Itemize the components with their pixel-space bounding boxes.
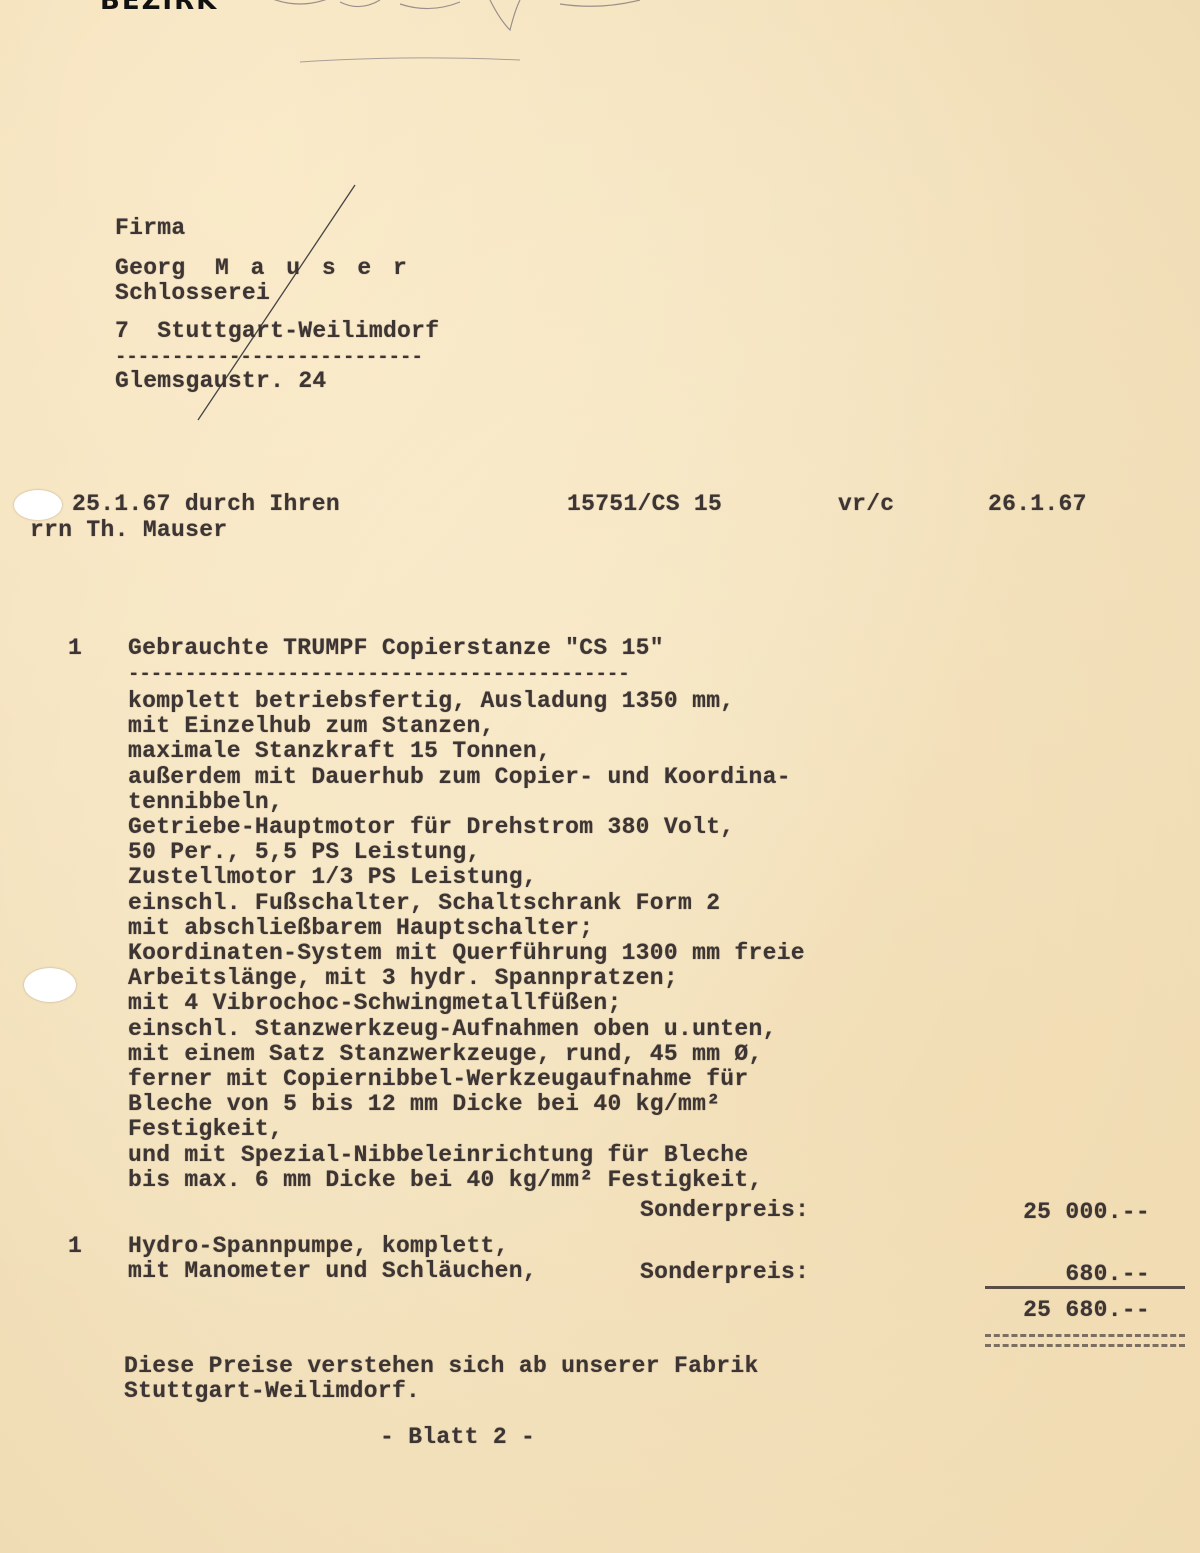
item-1-price: 25 000.-- [1023,1200,1150,1225]
description-line: Getriebe-Hauptmotor für Drehstrom 380 Vo… [128,815,734,840]
total-double-underline [985,1334,1185,1347]
footer-note-line-1: Diese Preise verstehen sich ab unserer F… [124,1354,759,1379]
description-line: und mit Spezial-Nibbeleinrichtung für Bl… [128,1143,749,1168]
description-line: mit Einzelhub zum Stanzen, [128,714,495,739]
ref-initials: vr/c [838,492,894,517]
description-line: einschl. Stanzwerkzeug-Aufnahmen oben u.… [128,1017,777,1042]
description-line: mit 4 Vibrochoc-Schwingmetallfüßen; [128,991,622,1016]
item-1-price-label: Sonderpreis: [640,1198,809,1223]
punch-hole-middle [24,968,76,1002]
description-line: Hydro-Spannpumpe, komplett, [128,1234,509,1259]
recipient-label: Firma [115,216,186,241]
description-line: mit Manometer und Schläuchen, [128,1259,537,1284]
description-line: tennibbeln, [128,790,283,815]
item-1-quantity: 1 [68,636,82,661]
item-2-price-label: Sonderpreis: [640,1260,809,1285]
description-line: einschl. Fußschalter, Schaltschrank Form… [128,891,720,916]
description-line: komplett betriebsfertig, Ausladung 1350 … [128,689,734,714]
description-line: mit einem Satz Stanzwerkzeuge, rund, 45 … [128,1042,763,1067]
description-line: maximale Stanzkraft 15 Tonnen, [128,739,551,764]
ref-your-contact: rrn Th. Mauser [30,518,227,543]
item-2-price: 680.-- [1065,1262,1150,1287]
description-line: bis max. 6 mm Dicke bei 40 kg/mm² Festig… [128,1168,763,1193]
page-marker: - Blatt 2 - [380,1425,535,1450]
item-1-title-underline: ----------------------------------------… [128,662,630,687]
description-line: Festigkeit, [128,1117,283,1142]
description-line: 50 Per., 5,5 PS Leistung, [128,840,481,865]
header-stamp: BEZIRK [100,0,218,16]
recipient-city-underline: --------------------------- [115,345,423,370]
punch-hole-top [14,490,62,520]
total-price: 25 680.-- [1023,1298,1150,1323]
description-line: außerdem mit Dauerhub zum Copier- und Ko… [128,765,791,790]
description-line: mit abschließbarem Hauptschalter; [128,916,593,941]
recipient-trade: Schlosserei [115,281,270,306]
ref-your-letter: 25.1.67 durch Ihren [72,492,340,517]
recipient-last-name: M a u s e r [215,256,411,281]
ref-date: 26.1.67 [988,492,1087,517]
recipient-city: 7 Stuttgart-Weilimdorf [115,319,439,344]
item-1-title: Gebrauchte TRUMPF Copierstanze "CS 15" [128,636,664,661]
item-2-quantity: 1 [68,1234,82,1259]
description-line: Zustellmotor 1/3 PS Leistung, [128,865,537,890]
description-line: ferner mit Copiernibbel-Werkzeugaufnahme… [128,1067,749,1092]
recipient-street: Glemsgaustr. 24 [115,369,327,394]
sum-rule [985,1286,1185,1289]
footer-note-line-2: Stuttgart-Weilimdorf. [124,1379,420,1404]
description-line: Koordinaten-System mit Querführung 1300 … [128,941,805,966]
ref-our-reference: 15751/CS 15 [567,492,722,517]
description-line: Arbeitslänge, mit 3 hydr. Spannpratzen; [128,966,678,991]
description-line: Bleche von 5 bis 12 mm Dicke bei 40 kg/m… [128,1092,734,1117]
recipient-first-name: Georg [115,256,186,281]
